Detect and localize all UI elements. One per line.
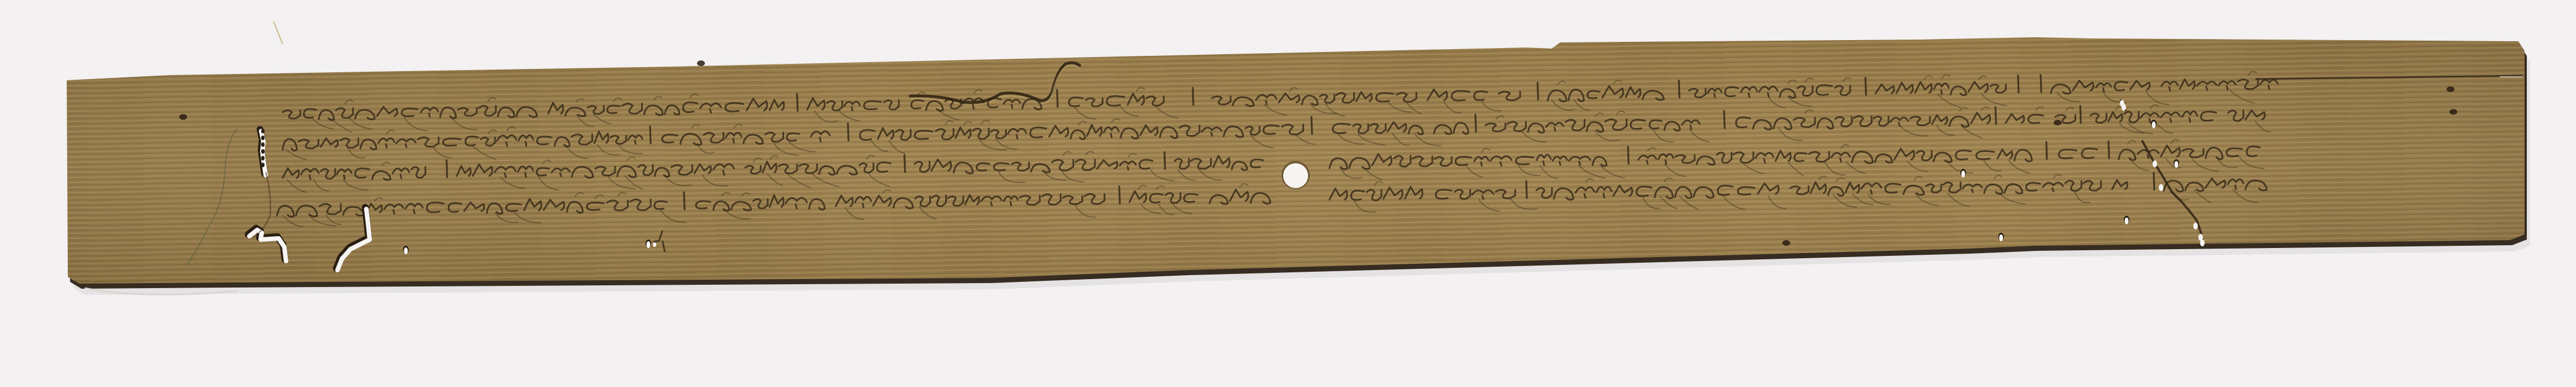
dotted-crack: [261, 163, 265, 167]
danda-mark: [2018, 76, 2019, 93]
pin-hole: [1999, 234, 2003, 241]
manuscript-canvas: [0, 0, 2576, 387]
dark-spot: [1782, 240, 1790, 246]
danda-mark: [2109, 141, 2109, 158]
dark-spot: [697, 60, 705, 66]
pin-hole: [2125, 218, 2129, 224]
dark-spot: [2054, 120, 2062, 125]
pin-hole: [404, 247, 408, 254]
danda-mark: [797, 94, 798, 111]
pin-hole: [647, 241, 651, 248]
danda-mark: [1311, 117, 1312, 134]
danda-mark: [2046, 142, 2047, 159]
crack-gap: [2153, 160, 2157, 167]
danda-mark: [2041, 75, 2041, 92]
danda-mark: [1628, 147, 1629, 164]
dark-spot: [179, 114, 187, 120]
pin-hole: [2175, 161, 2179, 168]
crack-gap: [2159, 184, 2163, 191]
danda-mark: [2080, 106, 2081, 123]
danda-mark: [1724, 111, 1725, 128]
danda-mark: [1164, 152, 1165, 169]
marginal-hole: [653, 242, 656, 247]
crack-gap: [2193, 223, 2198, 229]
manuscript-photo: Palm-leaf manuscript folio with incised …: [0, 0, 2576, 387]
dark-spot: [2447, 86, 2454, 92]
crack-gap: [2200, 240, 2205, 246]
pin-hole: [1962, 171, 1965, 177]
danda-mark: [1679, 81, 1679, 98]
dotted-crack: [261, 136, 265, 140]
danda-mark: [1475, 115, 1476, 132]
danda-mark: [447, 160, 447, 177]
dotted-crack: [261, 149, 265, 154]
dotted-crack: [261, 142, 265, 147]
dark-spot: [2449, 109, 2457, 115]
dotted-crack: [261, 156, 265, 160]
danda-mark: [2154, 173, 2154, 190]
danda-mark: [1057, 90, 1058, 107]
danda-mark: [1995, 107, 1996, 124]
danda-mark: [904, 155, 905, 172]
danda-mark: [1865, 78, 1866, 95]
danda-mark: [1538, 82, 1538, 99]
danda-mark: [848, 124, 848, 141]
string-hole: [1283, 163, 1308, 188]
stray-fibre: [274, 21, 283, 44]
danda-mark: [1526, 181, 1527, 198]
danda-mark: [684, 192, 685, 209]
danda-mark: [650, 127, 651, 144]
danda-mark: [1119, 186, 1120, 203]
crack-gap: [2122, 104, 2126, 111]
dotted-crack: [261, 129, 265, 133]
pin-hole: [2152, 121, 2156, 128]
danda-mark: [1193, 88, 1193, 105]
